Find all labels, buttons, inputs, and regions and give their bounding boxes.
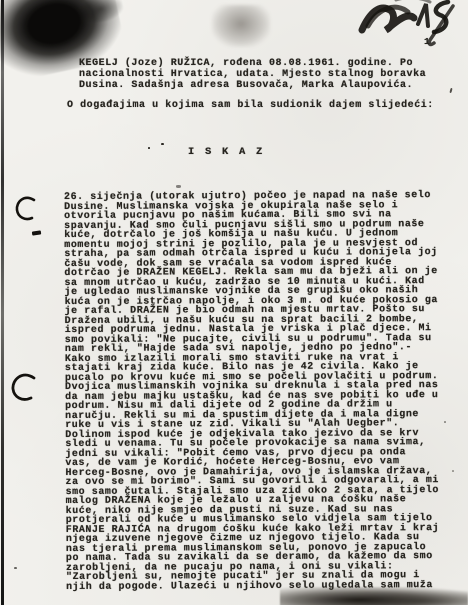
ink-speck [161, 143, 164, 145]
ink-speck [148, 147, 150, 149]
ink-speck [14, 567, 17, 569]
ink-dash-mark [32, 230, 41, 235]
handwritten-mark [356, 0, 468, 54]
ink-speck [452, 470, 454, 472]
scan-smudge [212, 5, 270, 47]
scan-edge-line [1, 0, 4, 605]
text-line: nacionalnosti Hrvatica, udata. Mjesto st… [79, 70, 426, 81]
ink-speck [449, 88, 452, 93]
punch-hole-mark [8, 371, 38, 405]
scan-smudge [280, 587, 468, 605]
document-page: 1 KEGELJ (Joze) RUŽICA, rođena 08.08.196… [0, 0, 468, 605]
statement-title: I S K A Z [188, 146, 265, 158]
ink-speck [176, 185, 181, 188]
ink-speck [444, 421, 446, 423]
statement-body: 26. siječnja (utorak ujutro) počeo je na… [64, 191, 439, 592]
subject-info: KEGELJ (Joze) RUŽICA, rođena 08.08.1961.… [79, 59, 426, 91]
punch-hole-mark [12, 194, 38, 224]
page-number: 1 [424, 36, 430, 47]
handwriting-scribble-icon [356, 0, 468, 54]
intro-line: O događajima u kojima sam bila sudionik … [67, 101, 434, 112]
text-line: Dusina. Sadašnja adresa Busovača, Marka … [79, 81, 426, 92]
